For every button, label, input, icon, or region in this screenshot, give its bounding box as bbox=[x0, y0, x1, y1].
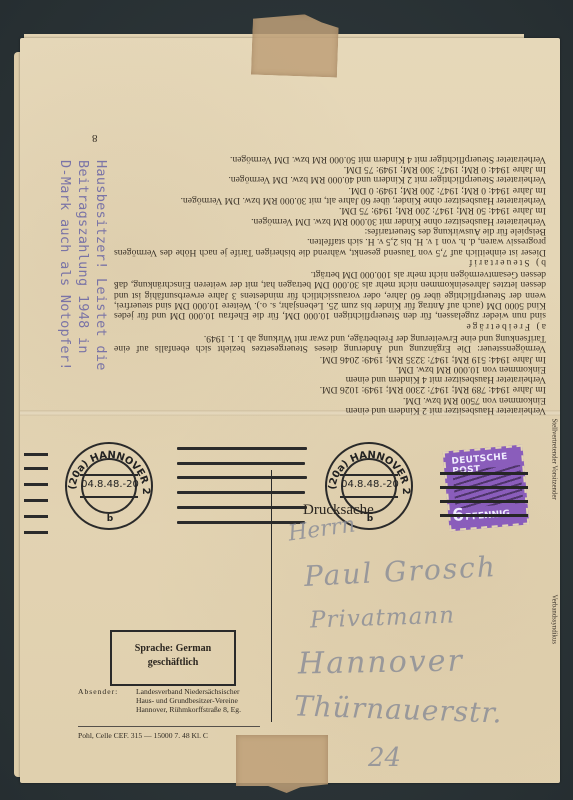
text-line: Verheirateter Hausbesitzer ohne Kinder, … bbox=[114, 195, 546, 205]
language-box: Sprache: German geschäftlich bbox=[110, 630, 236, 686]
vertical-divider bbox=[271, 470, 272, 722]
address-line: Herrn bbox=[287, 512, 357, 546]
address-line: Hannover bbox=[298, 644, 464, 682]
rule-line bbox=[78, 726, 260, 727]
adhesive-tape-bottom bbox=[236, 735, 328, 793]
rubber-stamp-text: Hausbesitzer! Leistet die Beitragszahlun… bbox=[30, 160, 110, 410]
address-line: Thürnauerstr. bbox=[293, 689, 503, 729]
text-line: Verheirateter Steuerpflichtiger mit 2 Ki… bbox=[114, 174, 546, 184]
text-paragraph: sind nun wieder zugelassen, für den Steu… bbox=[114, 269, 546, 320]
vertical-edge-text: Stellvertretender Vorsitzender Verbandss… bbox=[549, 430, 561, 740]
text-paragraph: Dieser ist einheitlich auf 7,5 von Tause… bbox=[114, 236, 546, 257]
stamp-line: Beitragszahlung 1948 in bbox=[74, 160, 92, 410]
section-heading: Beispiele für die Auswirkung des Steuert… bbox=[114, 226, 546, 236]
stamp-line: Hausbesitzer! Leistet die bbox=[92, 160, 110, 410]
text-line: Verheirateter Steuerpflichtiger mit 4 Ki… bbox=[114, 154, 546, 164]
text-line: Verheirateter Hausbesitzer mit 2 Kindern… bbox=[114, 405, 546, 415]
postmark-date: 04.8.48.-20 bbox=[341, 479, 399, 490]
address-line: Privatmann bbox=[310, 602, 456, 633]
postmark-hannover-1: (20a) HANNOVER 2 04.8.48.-20 b bbox=[65, 442, 153, 530]
text-line: Einkommen von 7500 RM bzw. DM. bbox=[114, 394, 546, 404]
section-heading: a) Freibeträge bbox=[114, 320, 546, 330]
sender-label: Absender: bbox=[78, 687, 118, 696]
postmark-letter: b bbox=[105, 514, 115, 524]
text-line: Im Jahre 1944: 519 RM; 1947: 3235 RM; 19… bbox=[114, 353, 546, 363]
text-line: Verheirateter Hausbesitzer mit 4 Kindern… bbox=[114, 374, 546, 384]
address-line: Paul Grosch bbox=[303, 550, 497, 593]
page-number: 8 bbox=[92, 132, 98, 144]
rotated-text: Verheirateter Hausbesitzer mit 2 Kindern… bbox=[110, 130, 550, 415]
sender-address: Landesverband Niedersächsischer Haus- un… bbox=[136, 687, 286, 714]
printer-imprint: Pohl, Celle CEF. 315 — 15000 7. 48 Kl. C bbox=[78, 731, 208, 740]
stamp-line: D-Mark auch als Notopfer! bbox=[56, 160, 74, 410]
text-line: Im Jahre 1944: 0 RM; 1947: 200 RM; 1949:… bbox=[114, 184, 546, 194]
address-line: 24 bbox=[368, 743, 401, 773]
section-heading: b) Steuertarif bbox=[114, 257, 546, 267]
postmark-date: 04.8.48.-20 bbox=[81, 479, 139, 490]
text-line: Einkommen von 10.000 RM bzw. DM. bbox=[114, 364, 546, 374]
text-line: Im Jahre 1944: 0 RM; 1947: 300 RM; 1949:… bbox=[114, 164, 546, 174]
rubber-stamp-notice: Hausbesitzer! Leistet die Beitragszahlun… bbox=[30, 160, 110, 410]
vertical-label: Stellvertretender Vorsitzender bbox=[551, 419, 558, 569]
language-line: Sprache: German bbox=[112, 642, 234, 656]
text-paragraph: Vermögenssteuer: Die Ergänzung und Änder… bbox=[114, 333, 546, 354]
language-line: geschäftlich bbox=[112, 656, 234, 670]
printed-text-block: Verheirateter Hausbesitzer mit 2 Kindern… bbox=[110, 130, 550, 415]
vertical-label: Verbandssyndikus bbox=[551, 595, 558, 745]
text-line: Im Jahre 1944: 789 RM; 1947: 2300 RM; 19… bbox=[114, 384, 546, 394]
text-line: Verheirateter Hausbesitzer ohne Kinder m… bbox=[114, 215, 546, 225]
text-line: Im Jahre 1944: 50 RM; 1947: 200 RM; 1949… bbox=[114, 205, 546, 215]
